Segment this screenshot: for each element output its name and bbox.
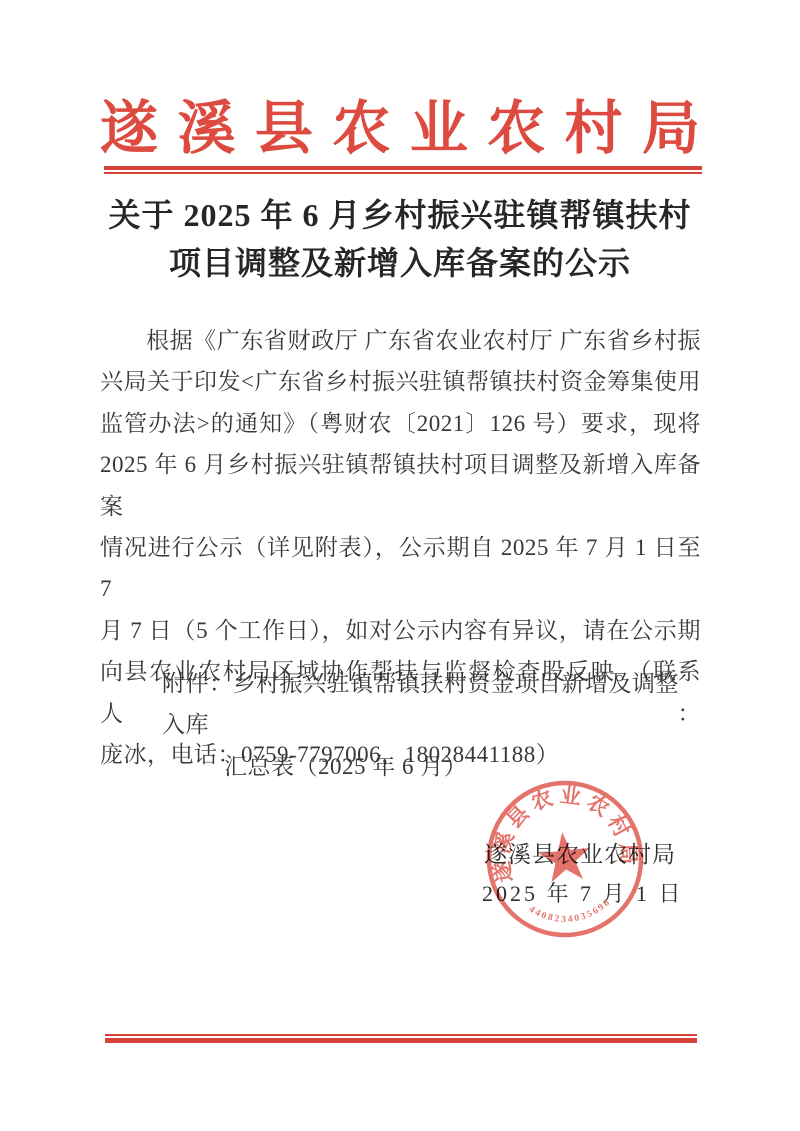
body-line: 情况进行公示（详见附表），公示期自 2025 年 7 月 1 日至 7 — [100, 527, 701, 610]
footer-divider — [105, 1034, 697, 1043]
attachment-note: 附件：乡村振兴驻镇帮镇扶村资金项目新增及调整入库 汇总表（2025 年 6 月） — [100, 663, 701, 787]
footer-divider-thick-line — [105, 1038, 697, 1043]
body-line: 月 7 日（5 个工作日），如对公示内容有异议，请在公示期 — [100, 610, 701, 651]
document-title-line-1: 关于 2025 年 6 月乡村振兴驻镇帮镇扶村 — [60, 191, 740, 239]
body-line: 2025 年 6 月乡村振兴驻镇帮镇扶村项目调整及新增入库备案 — [100, 444, 701, 527]
document-page: 遂溪县农业农村局 关于 2025 年 6 月乡村振兴驻镇帮镇扶村 项目调整及新增… — [0, 0, 800, 1131]
body-line: 根据《广东省财政厅 广东省农业农村厅 广东省乡村振 — [100, 320, 701, 361]
header-divider — [104, 166, 702, 174]
document-title-line-2: 项目调整及新增入库备案的公示 — [60, 239, 740, 287]
official-seal: 遂溪县农业农村局 4408234035696 — [474, 768, 656, 950]
body-line: 监管办法>的通知》（粤财农〔2021〕126 号）要求，现将 — [100, 403, 701, 444]
header-divider-thick-line — [104, 166, 702, 170]
seal-star-icon — [537, 829, 593, 883]
footer-divider-thin-line — [105, 1034, 697, 1036]
body-line: 兴局关于印发<广东省乡村振兴驻镇帮镇扶村资金筹集使用 — [100, 361, 701, 402]
header-divider-thin-line — [104, 172, 702, 174]
agency-letterhead: 遂溪县农业农村局 — [100, 94, 700, 164]
attachment-line-1: 附件：乡村振兴驻镇帮镇扶村资金项目新增及调整入库 — [100, 663, 701, 746]
document-title: 关于 2025 年 6 月乡村振兴驻镇帮镇扶村 项目调整及新增入库备案的公示 — [60, 191, 740, 287]
